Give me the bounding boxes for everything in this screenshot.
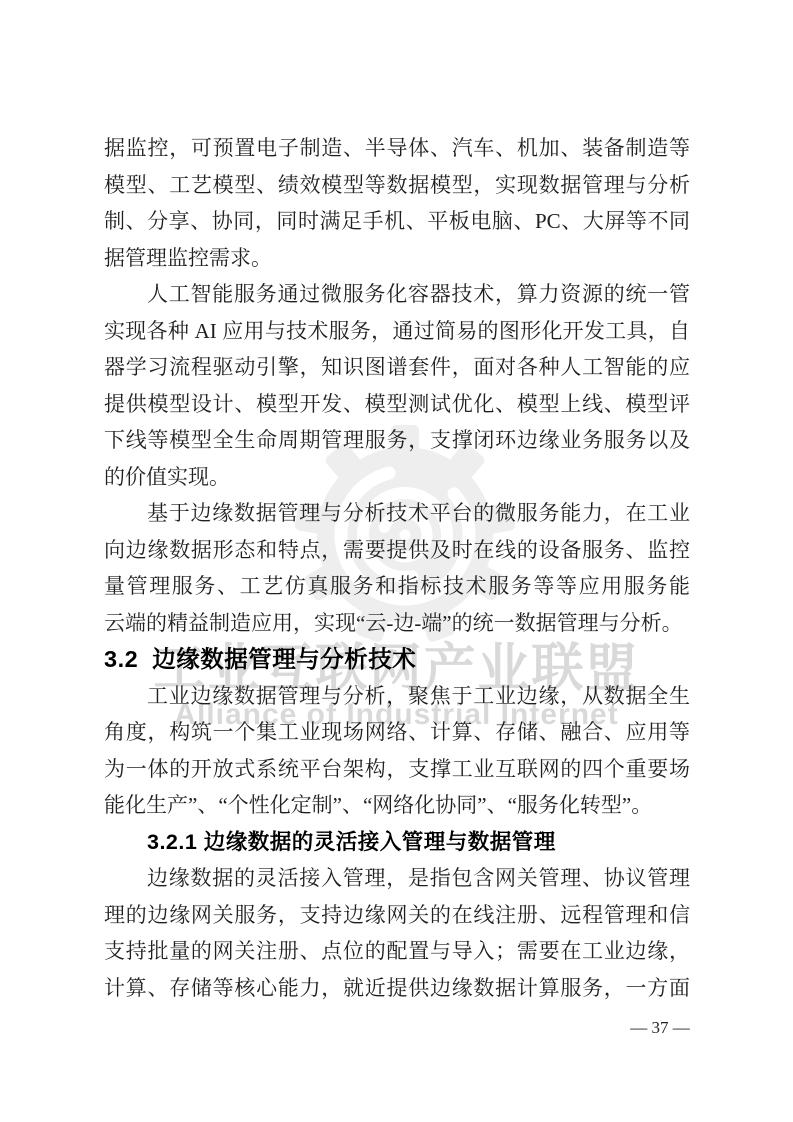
- text-line: 云端的精益制造应用，实现“云-边-端”的统一数据管理与分析。: [104, 605, 690, 642]
- text-line: 下线等模型全生命周期管理服务，支撑闭环边缘业务服务以及云端应用: [104, 422, 690, 459]
- text-line: 工业边缘数据管理与分析，聚焦于工业边缘，从数据全生命周期的: [104, 678, 690, 715]
- text-line: 边缘数据的灵活接入管理，是指包含网关管理、协议管理和点位管: [104, 860, 690, 897]
- text-line: 人工智能服务通过微服务化容器技术，算力资源的统一管理与调度，: [104, 276, 690, 313]
- text-line: 模型、工艺模型、绩效模型等数据模型，实现数据管理与分析的快速复: [104, 167, 690, 204]
- text-line: 计算、存储等核心能力，就近提供边缘数据计算服务，一方面可以充分: [104, 970, 690, 1007]
- document-page: 工业互联网产业联盟 Alliance of Industrial Interne…: [0, 0, 793, 1122]
- text-line: 据监控，可预置电子制造、半导体、汽车、机加、装备制造等行业设备: [104, 130, 690, 167]
- text-line: 提供模型设计、模型开发、模型测试优化、模型上线、模型评估、模型: [104, 386, 690, 423]
- text-line: 基于边缘数据管理与分析技术平台的微服务能力，在工业边缘，面: [104, 495, 690, 532]
- text-line: 据管理监控需求。: [104, 240, 690, 277]
- text-line: 理的边缘网关服务，支持边缘网关的在线注册、远程管理和信息管理，: [104, 897, 690, 934]
- text-line: 向边缘数据形态和特点，需要提供及时在线的设备服务、监控服务、质: [104, 532, 690, 569]
- text-line: 量管理服务、工艺仿真服务和指标技术服务等等应用服务能力，并协同: [104, 568, 690, 605]
- text-line: 角度，构筑一个集工业现场网络、计算、存储、融合、应用等核心能力: [104, 714, 690, 751]
- section-heading-3-2: 3.2 边缘数据管理与分析技术: [104, 641, 690, 678]
- page-body: 据监控，可预置电子制造、半导体、汽车、机加、装备制造等行业设备 模型、工艺模型、…: [104, 130, 690, 1006]
- page-number: — 37 —: [600, 1018, 720, 1038]
- text-line: 支持批量的网关注册、点位的配置与导入；需要在工业边缘，融合网络、: [104, 933, 690, 970]
- text-line: 制、分享、协同，同时满足手机、平板电脑、PC、大屏等不同终端的数: [104, 203, 690, 240]
- section-heading-3-2-1: 3.2.1 边缘数据的灵活接入管理与数据管理: [104, 824, 690, 861]
- text-line: 实现各种 AI 应用与技术服务，通过简易的图形化开发工具，自动化机: [104, 313, 690, 350]
- text-line: 为一体的开放式系统平台架构，支撑工业互联网的四个重要场景：“智: [104, 751, 690, 788]
- text-line: 能化生产”、“个性化定制”、“网络化协同”、“服务化转型”。: [104, 787, 690, 824]
- text-line: 器学习流程驱动引擎，知识图谱套件，面对各种人工智能的应用场景，: [104, 349, 690, 386]
- text-line: 的价值实现。: [104, 459, 690, 496]
